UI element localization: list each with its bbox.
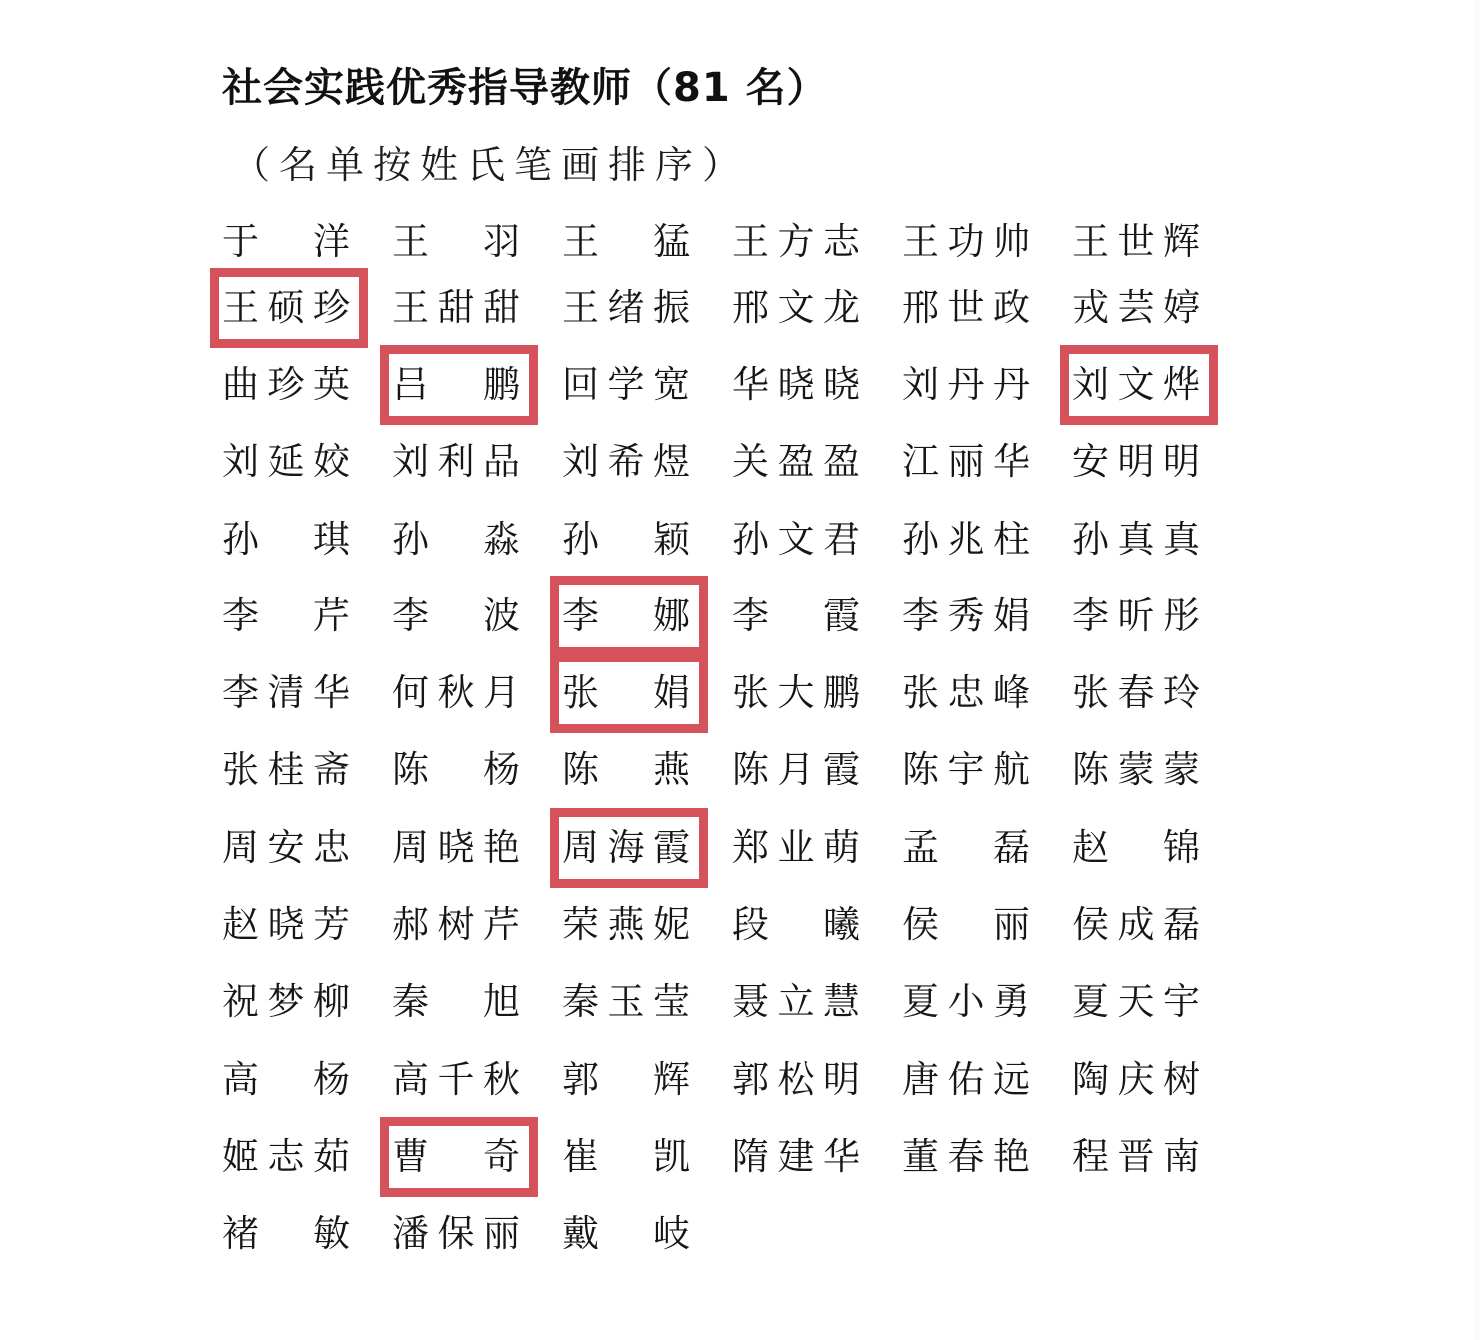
name-entry: 张大鹏 [732,665,860,721]
name-entry: 郭辉 [562,1052,690,1108]
name-entry: 关盈盈 [732,434,860,490]
name-entry: 夏小勇 [902,974,1030,1030]
name-entry: 刘延姣 [222,434,350,490]
name-entry: 侯成磊 [1072,897,1200,953]
name-entry: 唐佑远 [902,1052,1030,1108]
page-edge [1474,0,1480,1340]
name-entry: 段曦 [732,897,860,953]
name-entry: 褚敏 [222,1206,350,1262]
name-entry: 李娜 [562,588,690,644]
name-entry: 戎芸婷 [1072,280,1200,336]
name-entry: 郭松明 [732,1052,860,1108]
name-entry: 于洋 [222,214,350,270]
name-entry: 陈宇航 [902,742,1030,798]
name-entry: 李芹 [222,588,350,644]
name-entry: 王羽 [392,214,520,270]
name-entry: 刘利品 [392,434,520,490]
name-entry: 高杨 [222,1052,350,1108]
name-entry: 赵锦 [1072,820,1200,876]
name-entry: 郝树芹 [392,897,520,953]
name-entry: 孙真真 [1072,512,1200,568]
name-entry: 邢文龙 [732,280,860,336]
name-grid: 于洋王羽王猛王方志王功帅王世辉王硕珍王甜甜王绪振邢文龙邢世政戎芸婷曲珍英吕鹏回学… [222,0,1242,1340]
name-entry: 孙淼 [392,512,520,568]
name-entry: 隋建华 [732,1129,860,1185]
name-entry: 刘丹丹 [902,357,1030,413]
name-entry: 程晋南 [1072,1129,1200,1185]
name-entry: 孙颖 [562,512,690,568]
name-entry: 华晓晓 [732,357,860,413]
name-entry: 刘希煜 [562,434,690,490]
name-entry: 崔凯 [562,1129,690,1185]
name-entry: 刘文烨 [1072,357,1200,413]
name-entry: 王功帅 [902,214,1030,270]
name-entry: 李秀娟 [902,588,1030,644]
name-entry: 王世辉 [1072,214,1200,270]
name-entry: 张桂斋 [222,742,350,798]
name-entry: 周海霞 [562,820,690,876]
name-entry: 邢世政 [902,280,1030,336]
name-entry: 王硕珍 [222,280,350,336]
name-entry: 江丽华 [902,434,1030,490]
name-entry: 李波 [392,588,520,644]
name-entry: 张春玲 [1072,665,1200,721]
name-entry: 曹奇 [392,1129,520,1185]
name-entry: 聂立慧 [732,974,860,1030]
name-entry: 陈杨 [392,742,520,798]
name-entry: 秦旭 [392,974,520,1030]
name-entry: 陈燕 [562,742,690,798]
name-entry: 曲珍英 [222,357,350,413]
name-entry: 李昕彤 [1072,588,1200,644]
name-entry: 李霞 [732,588,860,644]
name-entry: 安明明 [1072,434,1200,490]
name-entry: 王方志 [732,214,860,270]
name-entry: 张娟 [562,665,690,721]
name-entry: 荣燕妮 [562,897,690,953]
name-entry: 侯丽 [902,897,1030,953]
name-entry: 回学宽 [562,357,690,413]
name-entry: 姬志茹 [222,1129,350,1185]
name-entry: 孙琪 [222,512,350,568]
name-entry: 王猛 [562,214,690,270]
name-entry: 祝梦柳 [222,974,350,1030]
name-entry: 陶庆树 [1072,1052,1200,1108]
name-entry: 周晓艳 [392,820,520,876]
name-entry: 李清华 [222,665,350,721]
name-entry: 吕鹏 [392,357,520,413]
name-entry: 高千秋 [392,1052,520,1108]
name-entry: 陈蒙蒙 [1072,742,1200,798]
name-entry: 孙文君 [732,512,860,568]
name-entry: 王绪振 [562,280,690,336]
name-entry: 潘保丽 [392,1206,520,1262]
name-entry: 郑业萌 [732,820,860,876]
name-entry: 秦玉莹 [562,974,690,1030]
name-entry: 张忠峰 [902,665,1030,721]
name-entry: 董春艳 [902,1129,1030,1185]
name-entry: 周安忠 [222,820,350,876]
name-entry: 孟磊 [902,820,1030,876]
name-entry: 孙兆柱 [902,512,1030,568]
name-entry: 戴岐 [562,1206,690,1262]
name-entry: 何秋月 [392,665,520,721]
name-entry: 陈月霞 [732,742,860,798]
name-entry: 夏天宇 [1072,974,1200,1030]
name-entry: 王甜甜 [392,280,520,336]
name-entry: 赵晓芳 [222,897,350,953]
